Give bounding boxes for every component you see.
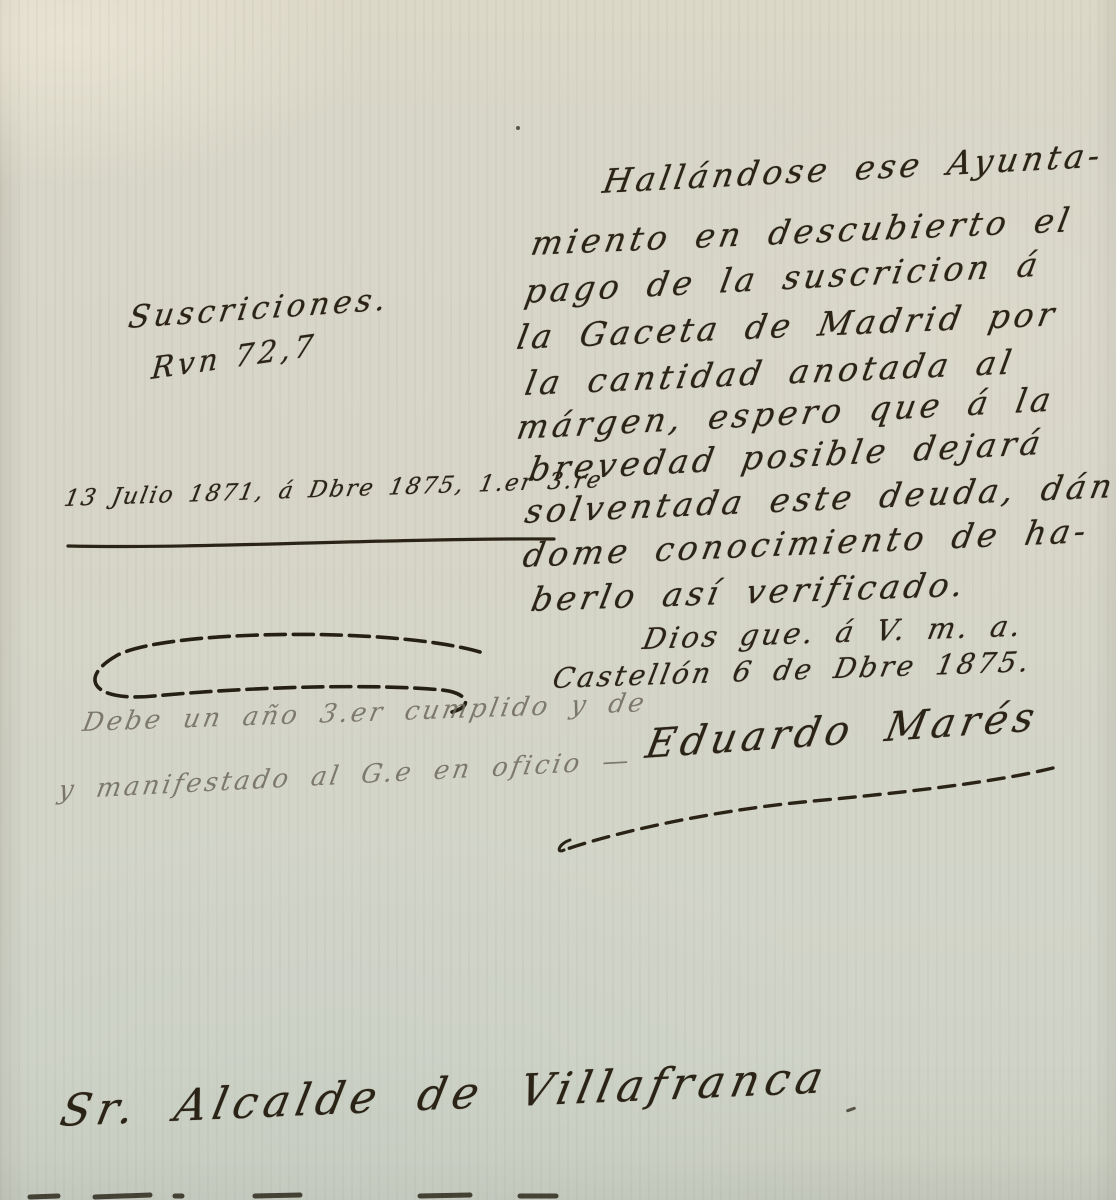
addressee-line: Sr. Alcalde de Villafranca	[56, 1052, 833, 1137]
closing-place-date: Castellón 6 de Dbre 1875.	[550, 645, 1035, 695]
margin-note-title: Suscriciones.	[126, 281, 392, 336]
margin-note-amount: Rvn 72,7	[150, 328, 319, 387]
ink-speck	[846, 1106, 856, 1112]
bottom-edge-cutoff-marks	[0, 1188, 700, 1200]
ink-speck	[516, 126, 520, 130]
subscription-period-line: 13 Julio 1871, á Dbre 1875, 1.er 3.re	[62, 467, 605, 512]
letter-line: berlo así verificado.	[528, 565, 971, 619]
letter-line: Hallándose ese Ayunta-	[600, 135, 1107, 201]
period-underline	[62, 532, 562, 554]
letter-scan: Suscriciones. Rvn 72,7 13 Julio 1871, á …	[0, 0, 1116, 1200]
